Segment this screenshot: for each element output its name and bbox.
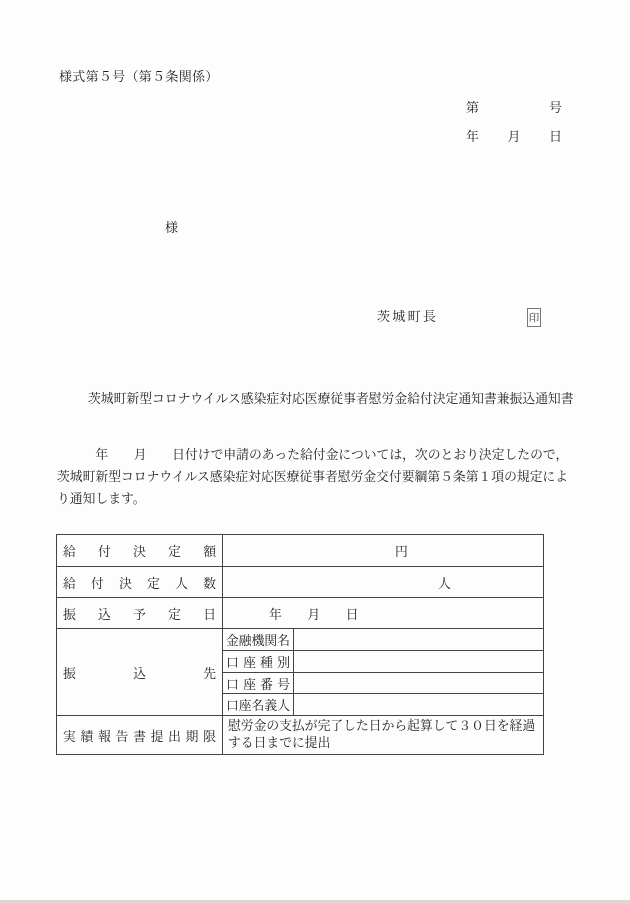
transfer-destination-label: 振込先 [57,629,223,716]
date-month-label: 月 [507,130,520,143]
document-page: 様式第５号（第５条関係） 第 号 年 月 日 様 茨城町長 印 茨城町新型コロナ… [0,0,630,903]
notice-table: 給付決定額 円 給付決定人数 人 振込予定日 年 月 日 振込先 金融機関名 口… [56,534,544,755]
issue-date-line: 年 月 日 [466,130,562,143]
table-row-transfer-date: 振込予定日 年 月 日 [57,598,544,629]
account-holder-value-cell [294,694,544,716]
bank-name-label: 金融機関名 [223,629,294,651]
form-number: 様式第５号（第５条関係） [59,70,219,83]
grant-amount-value-cell: 円 [223,535,544,567]
document-number-line: 第 号 [466,101,562,114]
account-type-label: 口座種別 [223,651,294,673]
table-row-grant-amount: 給付決定額 円 [57,535,544,567]
table-row-report-deadline: 実績報告書提出期限 慰労金の支払が完了した日から起算して３０日を経過 する日まで… [57,716,544,755]
grant-amount-label: 給付決定額 [57,535,223,567]
addressee-honorific: 様 [165,221,178,234]
sender-name: 茨城町長 [377,310,438,323]
bank-name-value-cell [294,629,544,651]
report-deadline-value-cell: 慰労金の支払が完了した日から起算して３０日を経過 する日までに提出 [223,716,544,755]
account-holder-label: 口座名義人 [223,694,294,716]
table-row-bank-name: 振込先 金融機関名 [57,629,544,651]
table-row-grant-count: 給付決定人数 人 [57,567,544,598]
report-deadline-label: 実績報告書提出期限 [57,716,223,755]
transfer-date-label: 振込予定日 [57,598,223,629]
date-day-label: 日 [549,130,562,143]
grant-count-label: 給付決定人数 [57,567,223,598]
date-year-label: 年 [466,130,479,143]
body-paragraph: 年 月 日付けで申請のあった給付金については，次のとおり決定したので， 茨城町新… [57,444,581,510]
document-title: 茨城町新型コロナウイルス感染症対応医療従事者慰労金給付決定通知書兼振込通知書 [88,393,574,406]
account-number-label: 口座番号 [223,673,294,694]
grant-count-value-cell: 人 [223,567,544,598]
doc-number-prefix: 第 [466,101,479,114]
seal-placeholder: 印 [527,308,541,327]
transfer-date-value-cell: 年 月 日 [223,598,544,629]
doc-number-suffix: 号 [549,101,562,114]
account-type-value-cell [294,651,544,673]
account-number-value-cell [294,673,544,694]
